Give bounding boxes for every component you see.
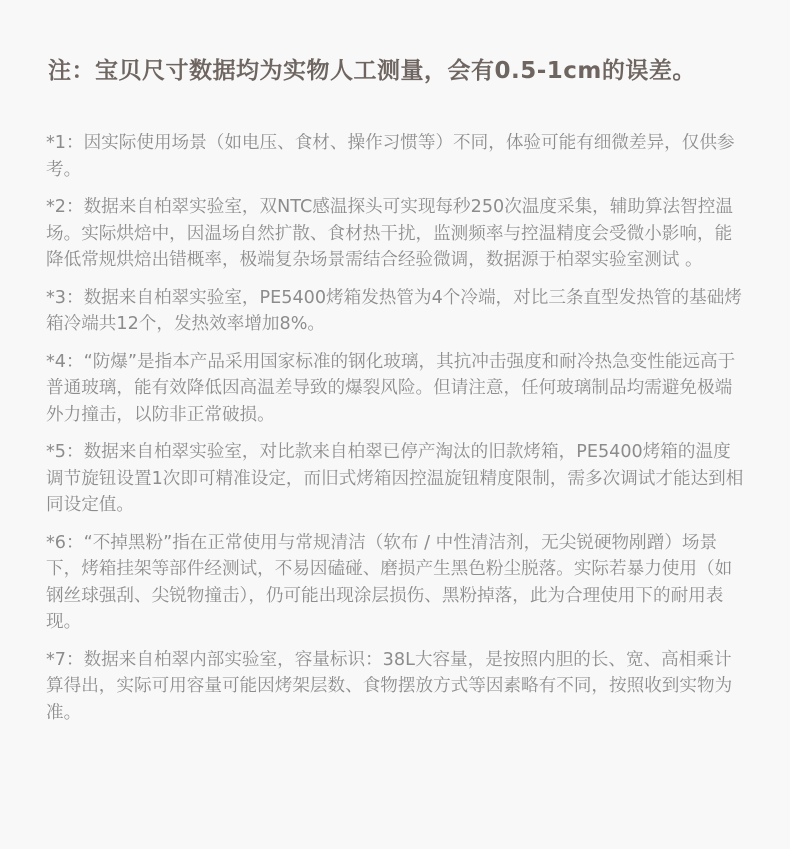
footnote-1: *1：因实际使用场景（如电压、食材、操作习惯等）不同，体验可能有细微差异，仅供参…	[46, 130, 746, 183]
footnote-3: *3：数据来自柏翠实验室，PE5400烤箱发热管为4个冷端，对比三条直型发热管的…	[46, 285, 746, 338]
footnote-6: *6：“不掉黑粉”指在正常使用与常规清洁（软布 / 中性清洁剂，无尖锐硬物剐蹭）…	[46, 530, 746, 636]
footnote-7: *7：数据来自柏翠内部实验室，容量标识：38L大容量，是按照内胆的长、宽、高相乘…	[46, 647, 746, 727]
footnote-4: *4：“防爆”是指本产品采用国家标准的钢化玻璃，其抗冲击强度和耐冷热急变性能远高…	[46, 349, 746, 429]
page-title: 注：宝贝尺寸数据均为实物人工测量，会有0.5-1cm的误差。	[48, 52, 696, 85]
footnote-5: *5：数据来自柏翠实验室，对比款来自柏翠已停产淘汰的旧款烤箱，PE5400烤箱的…	[46, 439, 746, 519]
disclaimer-page: 注：宝贝尺寸数据均为实物人工测量，会有0.5-1cm的误差。 *1：因实际使用场…	[0, 0, 790, 849]
footnote-2: *2：数据来自柏翠实验室，双NTC感温探头可实现每秒250次温度采集，辅助算法智…	[46, 194, 746, 274]
footnote-list: *1：因实际使用场景（如电压、食材、操作习惯等）不同，体验可能有细微差异，仅供参…	[46, 130, 746, 737]
